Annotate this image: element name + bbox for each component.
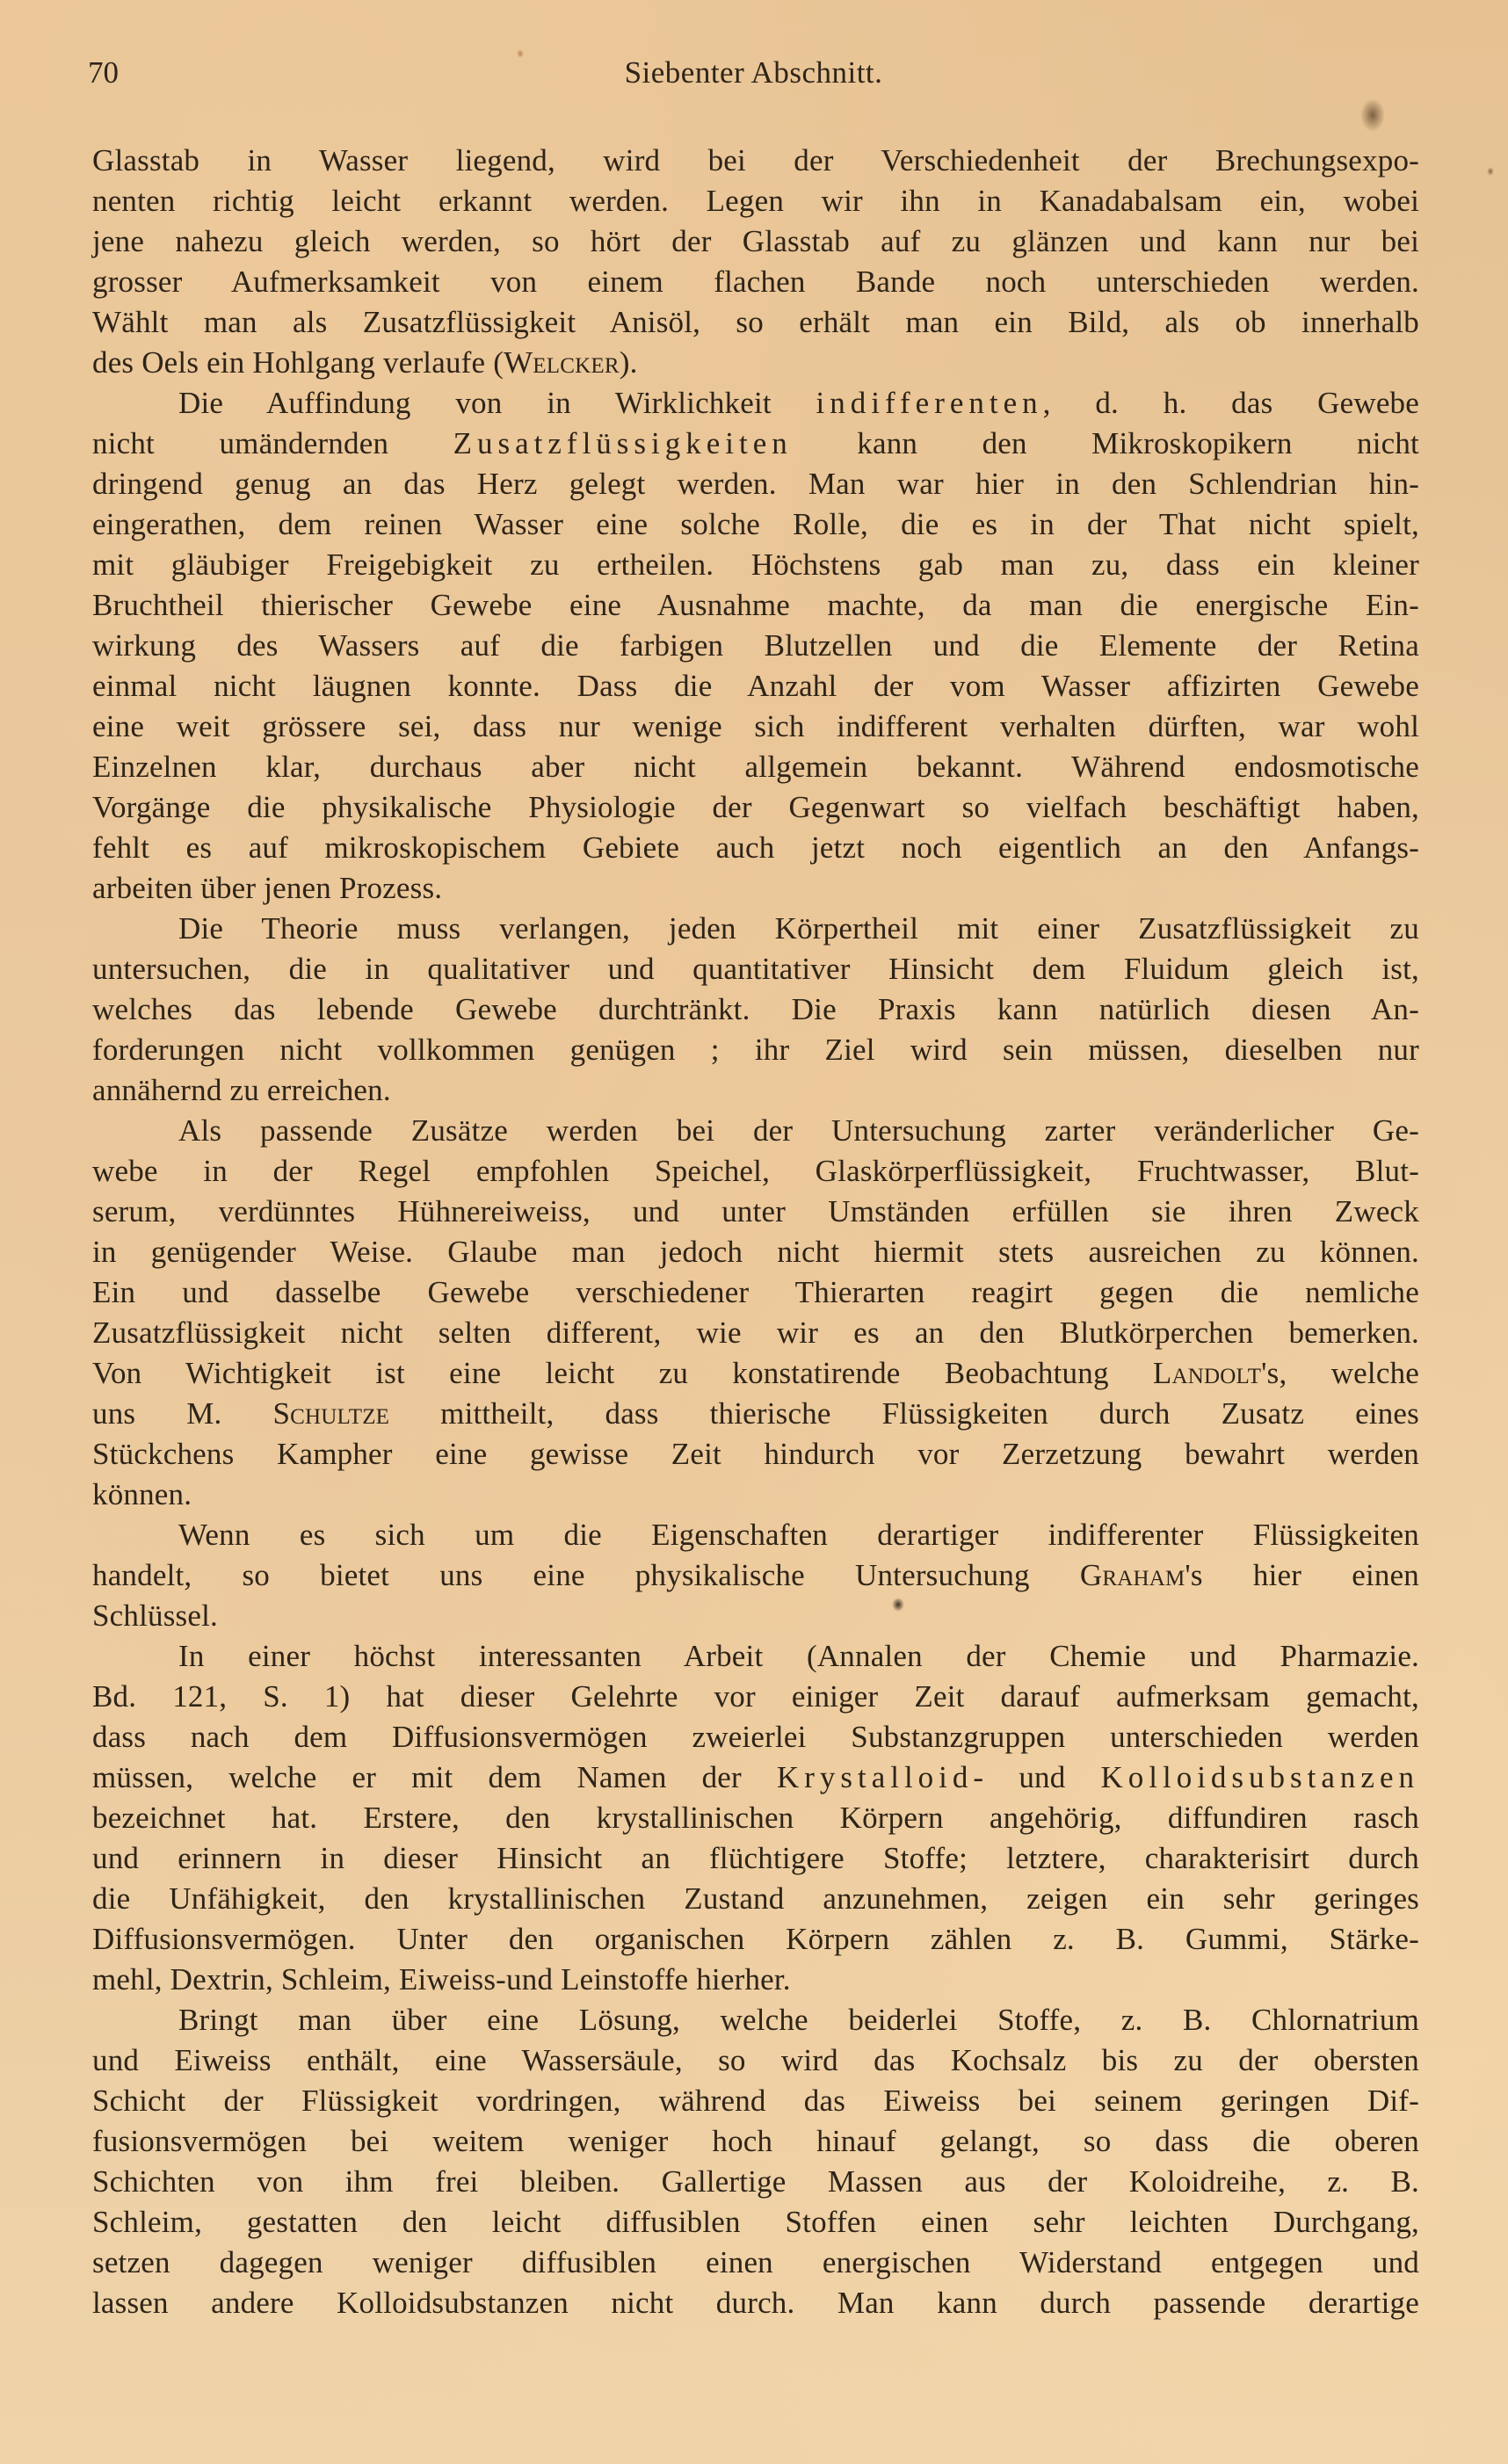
text-line: Einzelnen klar, durchaus aber nicht allg… <box>92 747 1419 787</box>
text-line: jene nahezu gleich werden, so hört der G… <box>92 221 1419 262</box>
text-span: 's hier einen <box>1185 1558 1419 1592</box>
author-name-schultze: Schultze <box>273 1396 390 1431</box>
paragraph-start-line: Die Auffindung von in Wirklichkeit indif… <box>92 383 1419 424</box>
emphasis-zusatzfluessigkeiten: Zusatzflüssigkeiten <box>453 426 793 460</box>
paragraph-start-line: In einer höchst interessanten Arbeit (An… <box>92 1636 1419 1677</box>
text-span: - und <box>973 1760 1100 1794</box>
text-line: in genügender Weise. Glaube man jedoch n… <box>92 1232 1419 1272</box>
text-line: Bruchtheil thierischer Gewebe eine Ausna… <box>92 585 1419 626</box>
text-line: Von Wichtigkeit ist eine leicht zu konst… <box>92 1353 1419 1394</box>
text-line: Schleim, gestatten den leicht diffusible… <box>92 2202 1419 2243</box>
text-line: Schlüssel. <box>92 1596 1419 1636</box>
emphasis-indifferenten: indifferenten <box>816 386 1043 420</box>
text-span: nicht umändernden <box>92 426 453 460</box>
running-head: 70 Siebenter Abschnitt. <box>88 51 1419 95</box>
text-line: und Eiweiss enthält, eine Wassersäule, s… <box>92 2040 1419 2081</box>
text-line: mit gläubiger Freigebigkeit zu ertheilen… <box>92 545 1419 585</box>
text-span: handelt, so bietet uns eine physikalisch… <box>92 1558 1080 1592</box>
running-title: Siebenter Abschnitt. <box>88 51 1419 95</box>
text-span: kann den Mikroskopikern nicht <box>793 426 1419 460</box>
text-span: mittheilt, dass thierische Flüssigkeiten… <box>389 1396 1419 1431</box>
text-span: uns M. <box>92 1396 273 1431</box>
text-span: ). <box>620 345 638 380</box>
scanned-book-page: 70 Siebenter Abschnitt. Glasstab in Wass… <box>0 0 1508 2464</box>
text-line: eine weit grössere sei, dass nur wenige … <box>92 707 1419 747</box>
text-span: des Oels ein Hohlgang verlaufe ( <box>92 345 504 380</box>
text-line: die Unfähigkeit, den krystallinischen Zu… <box>92 1879 1419 1919</box>
text-line: dass nach dem Diffusionsvermögen zweierl… <box>92 1717 1419 1757</box>
text-line: webe in der Regel empfohlen Speichel, Gl… <box>92 1151 1419 1192</box>
text-line: einmal nicht läugnen konnte. Dass die An… <box>92 666 1419 707</box>
author-name-graham: Graham <box>1080 1558 1185 1592</box>
text-line: Glasstab in Wasser liegend, wird bei der… <box>92 141 1419 181</box>
ink-stain-mark <box>1360 98 1385 132</box>
text-span: müssen, welche er mit dem Namen der <box>92 1760 777 1794</box>
emphasis-kolloidsubstanzen: Kolloidsubstanzen <box>1100 1760 1419 1794</box>
text-span: , d. h. das Gewebe <box>1043 386 1419 420</box>
text-line: Ein und dasselbe Gewebe verschiedener Th… <box>92 1272 1419 1313</box>
text-line: fehlt es auf mikroskopischem Gebiete auc… <box>92 828 1419 868</box>
paragraph-start-line: Wenn es sich um die Eigenschaften derart… <box>92 1515 1419 1555</box>
text-span: 's, welche <box>1261 1356 1419 1390</box>
text-line: forderungen nicht vollkommen genügen ; i… <box>92 1030 1419 1070</box>
text-line: und erinnern in dieser Hinsicht an flüch… <box>92 1838 1419 1879</box>
text-line: Stückchens Kampher eine gewisse Zeit hin… <box>92 1434 1419 1475</box>
text-line: dringend genug an das Herz gelegt werden… <box>92 464 1419 504</box>
text-line: bezeichnet hat. Erstere, den krystallini… <box>92 1798 1419 1838</box>
text-line: untersuchen, die in qualitativer und qua… <box>92 949 1419 989</box>
text-line: grosser Aufmerksamkeit von einem flachen… <box>92 262 1419 302</box>
text-line: können. <box>92 1475 1419 1515</box>
text-line: setzen dagegen weniger diffusiblen einen… <box>92 2243 1419 2283</box>
text-line: handelt, so bietet uns eine physikalisch… <box>92 1555 1419 1596</box>
text-line: welches das lebende Gewebe durchtränkt. … <box>92 989 1419 1030</box>
text-line: mehl, Dextrin, Schleim, Eiweiss-und Lein… <box>92 1960 1419 2000</box>
ink-stain-mark <box>1487 167 1494 176</box>
body-text: Glasstab in Wasser liegend, wird bei der… <box>92 141 1419 2323</box>
text-line: wirkung des Wassers auf die farbigen Blu… <box>92 626 1419 666</box>
text-line: Diffusionsvermögen. Unter den organische… <box>92 1919 1419 1960</box>
text-line: Bd. 121, S. 1) hat dieser Gelehrte vor e… <box>92 1677 1419 1717</box>
text-line: uns M. Schultze mittheilt, dass thierisc… <box>92 1394 1419 1434</box>
text-line: lassen andere Kolloidsubstanzen nicht du… <box>92 2283 1419 2323</box>
text-line: arbeiten über jenen Prozess. <box>92 868 1419 909</box>
emphasis-krystalloid: Krystalloid <box>777 1760 973 1794</box>
text-line: eingerathen, dem reinen Wasser eine solc… <box>92 504 1419 545</box>
paragraph-start-line: Die Theorie muss verlangen, jeden Körper… <box>92 909 1419 949</box>
text-line: nenten richtig leicht erkannt werden. Le… <box>92 181 1419 221</box>
text-line: Wählt man als Zusatzflüssigkeit Anisöl, … <box>92 302 1419 343</box>
paragraph-start-line: Bringt man über eine Lösung, welche beid… <box>92 2000 1419 2040</box>
text-line: Zusatzflüssigkeit nicht selten different… <box>92 1313 1419 1353</box>
text-line: fusionsvermögen bei weitem weniger hoch … <box>92 2121 1419 2162</box>
text-line: Schicht der Flüssigkeit vordringen, währ… <box>92 2081 1419 2121</box>
text-line: serum, verdünntes Hühnereiweiss, und unt… <box>92 1192 1419 1232</box>
text-line: nicht umändernden Zusatzflüssigkeiten ka… <box>92 424 1419 464</box>
text-line: Schichten von ihm frei bleiben. Gallerti… <box>92 2162 1419 2202</box>
text-span: Von Wichtigkeit ist eine leicht zu konst… <box>92 1356 1153 1390</box>
text-line: annähernd zu erreichen. <box>92 1070 1419 1111</box>
author-name-landolt: Landolt <box>1153 1356 1261 1390</box>
text-span: Die Auffindung von in Wirklichkeit <box>178 386 816 420</box>
text-line: müssen, welche er mit dem Namen der Krys… <box>92 1757 1419 1798</box>
text-line: Vorgänge die physikalische Physiologie d… <box>92 787 1419 828</box>
author-name-welcker: Welcker <box>504 345 620 380</box>
paragraph-start-line: Als passende Zusätze werden bei der Unte… <box>92 1111 1419 1151</box>
text-line: des Oels ein Hohlgang verlaufe (Welcker)… <box>92 343 1419 383</box>
